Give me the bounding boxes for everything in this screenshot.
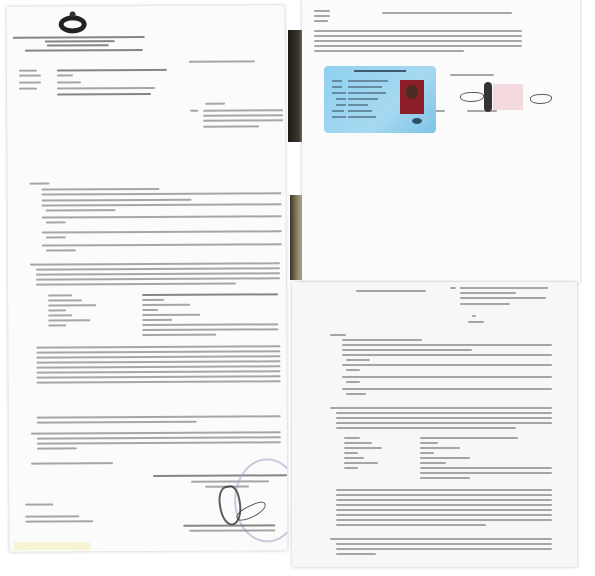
letterhead-line-3	[47, 44, 109, 46]
id-card-ktp	[324, 66, 436, 133]
id-card-signature	[412, 118, 422, 124]
place-date	[189, 60, 255, 62]
police-emblem-icon	[59, 15, 87, 33]
tembusan-heading	[25, 503, 53, 505]
id-card-photo	[400, 80, 424, 114]
recipient-heading	[205, 103, 225, 105]
yellow-highlight-mark	[14, 542, 90, 550]
revenue-stamp	[493, 84, 523, 110]
statement-page	[302, 0, 580, 283]
thumbprint-mark	[484, 82, 492, 112]
letterhead-line-1	[13, 36, 145, 38]
letter-left-page	[7, 5, 288, 551]
letter-right-page	[292, 282, 577, 567]
letterhead-address	[25, 49, 143, 52]
letterhead-line-2	[45, 40, 115, 42]
